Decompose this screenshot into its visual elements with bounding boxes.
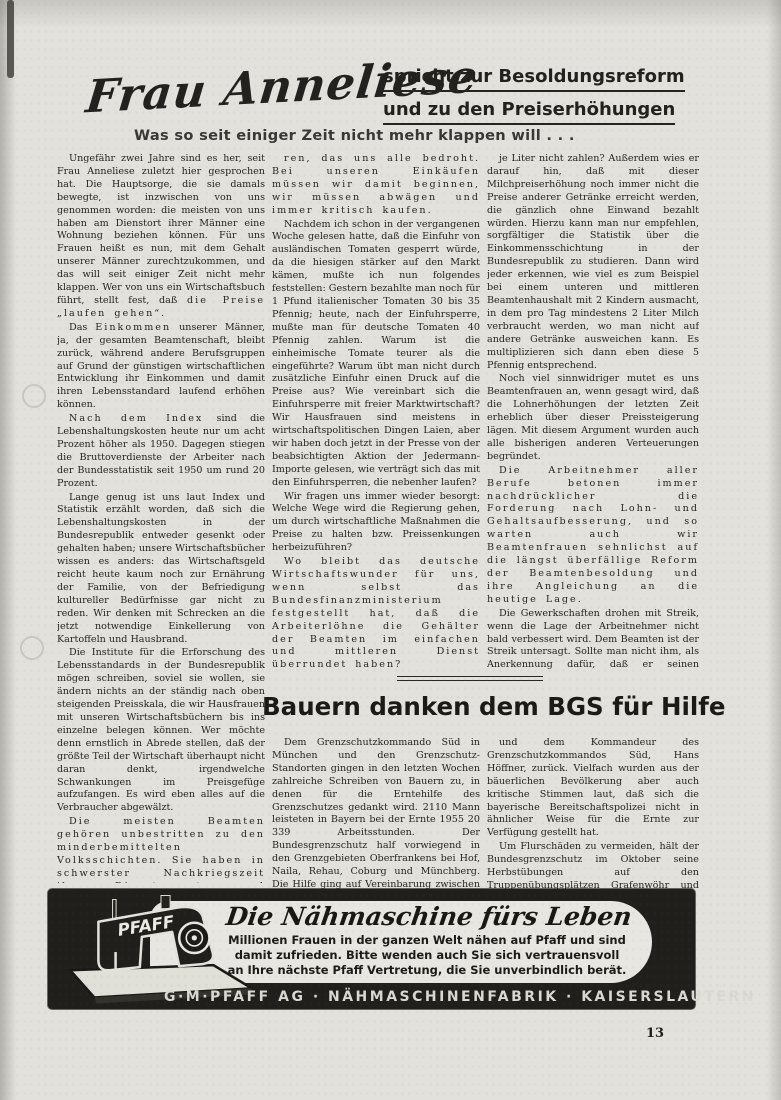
bgs-column-1: Dem Grenzschutzkommando Süd in München u… [272,737,480,909]
article-column-2: ren, das uns alle bedroht. Bei unseren E… [272,153,480,673]
paragraph: Die meisten Beamten gehören unbestritten… [57,816,265,883]
kicker-line-2: und zu den Preiserhöhungen [383,99,675,125]
sewing-machine-illustration: PFAFF [54,891,266,1005]
paragraph: je Liter nicht zahlen? Außerdem wies er … [487,153,699,372]
ad-body-text: Millionen Frauen in der ganzen Welt nähe… [226,933,628,978]
body-text: Die Gewerkschaften drohen mit Streik, we… [487,608,699,673]
article-column-1: Ungefähr zwei Jahre sind es her, seit Fr… [57,153,265,883]
scan-artifact-right-edge [767,0,781,1100]
paragraph: Wir fragen uns immer wieder besorgt: Wel… [272,491,480,556]
emphasized-spaced-text: ren, das uns alle bedroht. Bei unseren E… [272,153,480,216]
bgs-column-2: und dem Kommandeur des Grenzschutzkomman… [487,737,699,909]
page-number: 13 [646,1026,664,1041]
body-text: unserer Männer, ja, der gesamten Beamten… [57,322,265,410]
paragraph: Das Einkommen unserer Männer, ja, der ge… [57,322,265,412]
body-text: Das [69,322,95,333]
paragraph: Dem Grenzschutzkommando Süd in München u… [272,737,480,905]
masthead-kicker: spricht zur Besoldungsreform und zu den … [383,66,685,132]
paragraph: Die Institute für die Erforschung des Le… [57,647,265,815]
ad-footer-text: G·M·PFAFF AG · NÄHMASCHINENFABRIK · KAIS… [164,989,681,1005]
paragraph: Wo bleibt das deutsche Wirtschaftswunder… [272,556,480,672]
emphasized-spaced-text: Die meisten Beamten gehören unbestritten… [57,816,265,883]
body-text: Ungefähr zwei Jahre sind es her, seit Fr… [57,153,265,306]
paragraph: Nach dem Index sind die Lebenshaltungsko… [57,413,265,490]
pfaff-advertisement: Die Nähmaschine fürs Leben Millionen Fra… [48,889,695,1009]
paragraph: Die Arbeitnehmer aller Berufe betonen im… [487,465,699,607]
scan-artifact-left-edge [0,0,16,1100]
paragraph: Ungefähr zwei Jahre sind es her, seit Fr… [57,153,265,321]
magazine-page: Frau Anneliese spricht zur Besoldungsref… [0,0,781,1100]
emphasized-spaced-text: Wo bleibt das deutsche Wirtschaftswunder… [272,556,480,670]
body-text: je Liter nicht zahlen? Außerdem wies er … [487,153,699,371]
scan-artifact-ring [20,636,44,660]
paragraph: Die Gewerkschaften drohen mit Streik, we… [487,608,699,673]
paragraph: und dem Kommandeur des Grenzschutzkomman… [487,737,699,840]
article-column-3: je Liter nicht zahlen? Außerdem wies er … [487,153,699,673]
emphasized-spaced-text: Die Arbeitnehmer aller Berufe betonen im… [487,465,699,605]
body-text: sind die Lebenshaltungskosten heute nur … [57,413,265,489]
paragraph: Nachdem ich schon in der vergangenen Woc… [272,219,480,490]
article-subtitle: Was so seit einiger Zeit nicht mehr klap… [134,127,575,144]
body-text: Nachdem ich schon in der vergangenen Woc… [272,219,480,488]
scan-artifact-top-band [0,0,781,28]
kicker-line-1: spricht zur Besoldungsreform [383,66,685,92]
paragraph: ren, das uns alle bedroht. Bei unseren E… [272,153,480,218]
paragraph: Noch viel sinnwidriger mutet es uns Beam… [487,373,699,463]
body-text: und dem Kommandeur des Grenzschutzkomman… [487,737,699,838]
body-text: Noch viel sinnwidriger mutet es uns Beam… [487,373,699,461]
paragraph: Lange genug ist uns laut Index und Stati… [57,492,265,647]
scan-artifact-sliver [7,0,14,78]
body-text: Lange genug ist uns laut Index und Stati… [57,492,265,645]
body-text: Dem Grenzschutzkommando Süd in München u… [272,737,480,903]
body-text: Wir fragen uns immer wieder besorgt: Wel… [272,491,480,554]
section-divider-rule [397,676,543,681]
scan-artifact-ring [22,384,46,408]
emphasized-spaced-text: Nach dem Index [69,413,203,424]
body-text: Die Institute für die Erforschung des Le… [57,647,265,813]
emphasized-spaced-text: Einkommen [95,322,171,333]
bgs-headline: Bauern danken dem BGS für Hilfe [262,692,682,721]
